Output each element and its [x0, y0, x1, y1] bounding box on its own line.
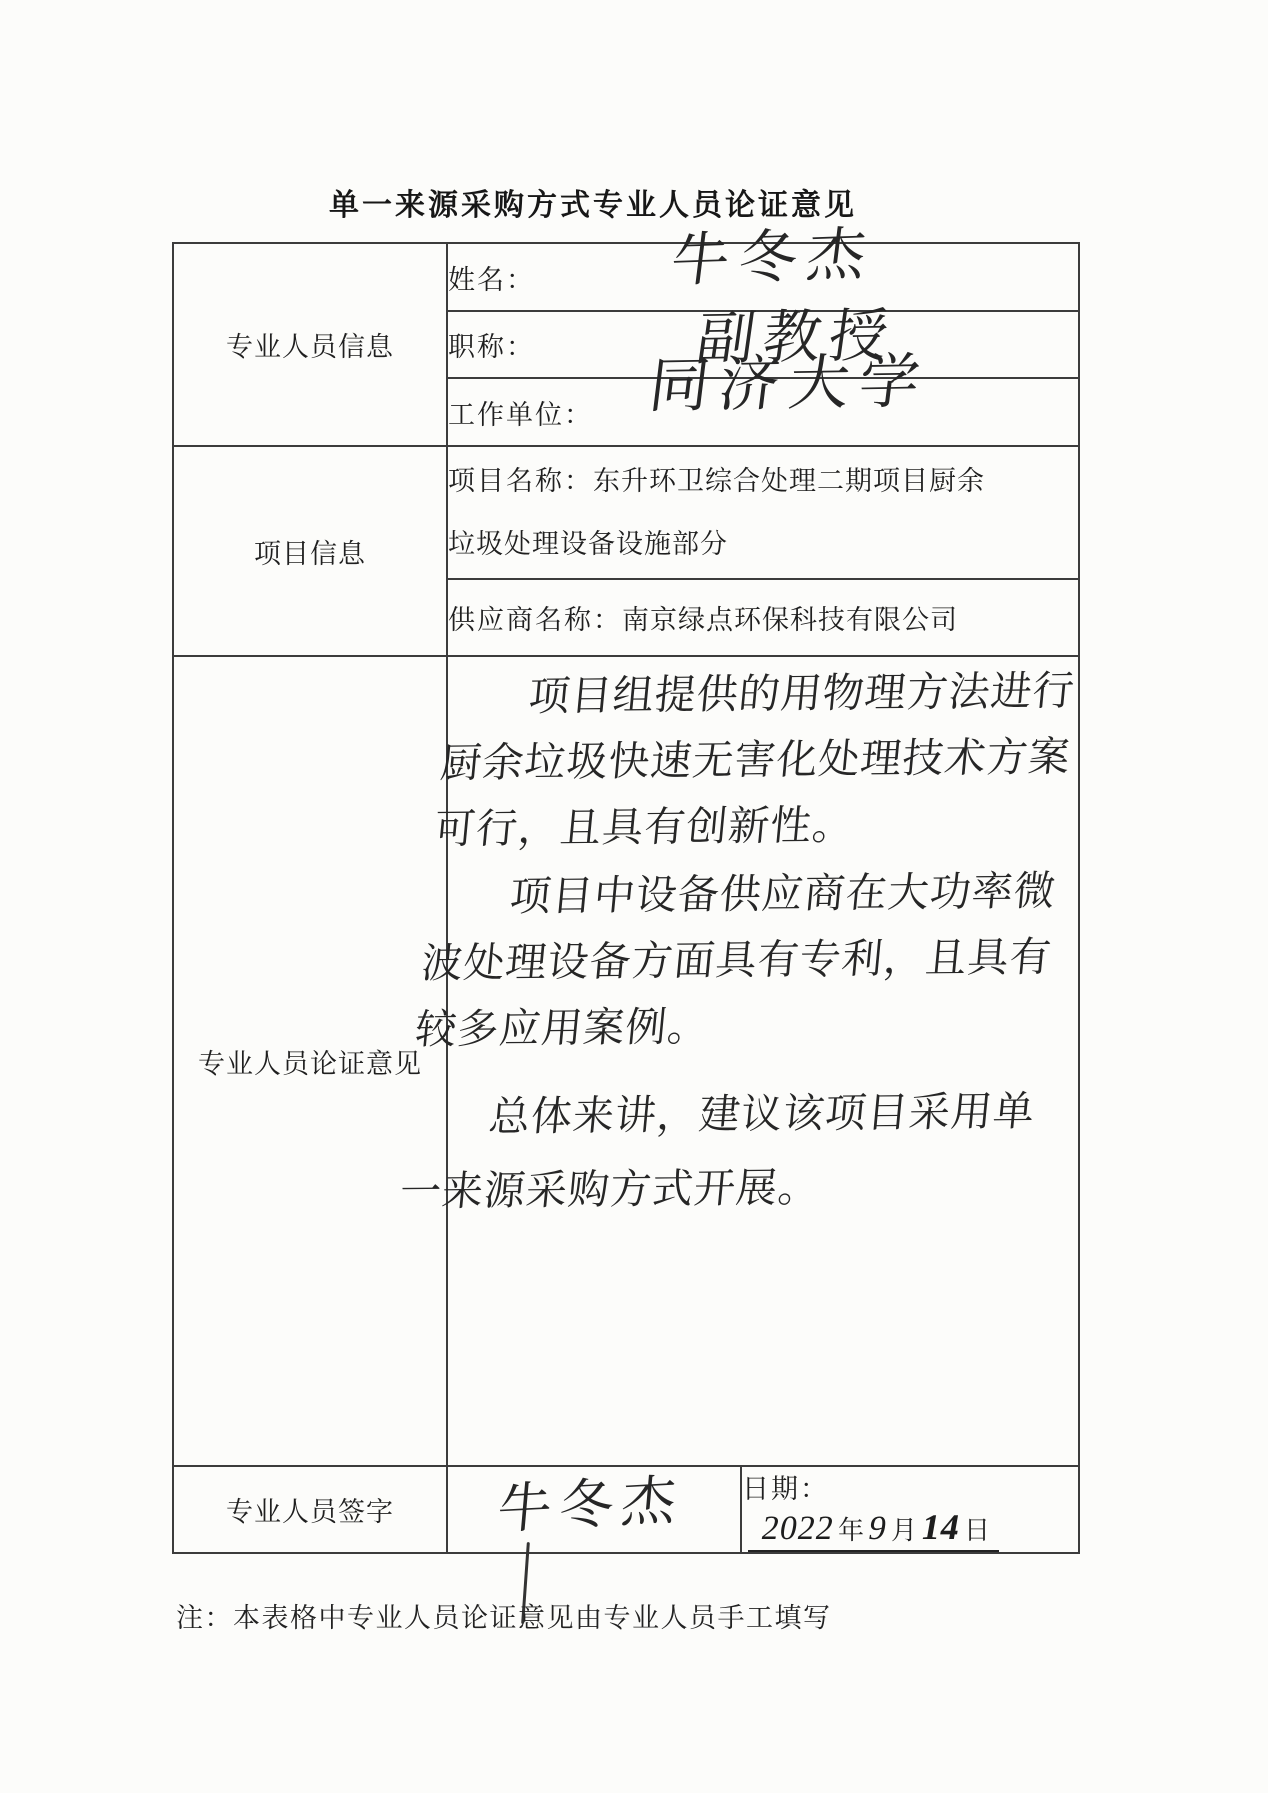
section-label-personnel-info: 专业人员信息	[173, 243, 447, 446]
project-name-field-cell: 项目名称：东升环卫综合处理二期项目厨余垃圾处理设备设施部分	[447, 446, 1079, 579]
date-year-handwritten: 2022	[759, 1510, 838, 1548]
opinion-paragraph-2: 项目中设备供应商在大功率微波处理设备方面具有专利，且具有较多应用案例。	[412, 858, 1069, 1063]
date-cell: 日期：2022年9月14日	[741, 1466, 1079, 1553]
footnote: 注：本表格中专业人员论证意见由专业人员手工填写	[176, 1596, 832, 1635]
date-year-unit: 年	[838, 1516, 865, 1545]
job-title-label: 职称：	[448, 332, 535, 362]
section-label-signature: 专业人员签字	[173, 1466, 447, 1553]
supplier-value: 南京绿点环保科技有限公司	[622, 605, 958, 635]
opinion-paragraph-1: 项目组提供的用物理方法进行厨余垃圾快速无害化处理技术方案可行，且具有创新性。	[431, 657, 1088, 862]
work-unit-handwritten-value: 同济大学	[645, 333, 936, 424]
supplier-field-cell: 供应商名称：南京绿点环保科技有限公司	[447, 579, 1079, 656]
name-handwritten-value: 牛冬杰	[667, 206, 881, 298]
date-month-handwritten: 9	[866, 1510, 891, 1548]
opinion-handwritten-text: 项目组提供的用物理方法进行厨余垃圾快速无害化处理技术方案可行，且具有创新性。 项…	[397, 657, 1088, 1228]
document-title: 单一来源采购方式专业人员论证意见	[140, 180, 1046, 224]
section-label-project-info: 项目信息	[173, 446, 447, 656]
signature-handwritten: 牛冬杰	[495, 1457, 688, 1544]
supplier-label: 供应商名称：	[448, 605, 622, 635]
project-name-label: 项目名称：	[448, 466, 593, 496]
date-day-unit: 日	[964, 1516, 991, 1545]
date-filled-line: 2022年9月14日	[748, 1506, 999, 1552]
date-month-unit: 月	[891, 1516, 918, 1545]
date-label: 日期：	[742, 1474, 829, 1504]
opinion-paragraph-3: 总体来讲，建议该项目采用单一来源采购方式开展。	[397, 1074, 1049, 1229]
date-day-handwritten: 14	[918, 1506, 963, 1548]
scanned-form-page: 单一来源采购方式专业人员论证意见 专业人员信息 姓名： 职称： 工作单位：	[0, 0, 1268, 1793]
name-label: 姓名：	[448, 265, 535, 295]
work-unit-label: 工作单位：	[448, 400, 593, 430]
section-label-opinion: 专业人员论证意见	[173, 656, 447, 1466]
